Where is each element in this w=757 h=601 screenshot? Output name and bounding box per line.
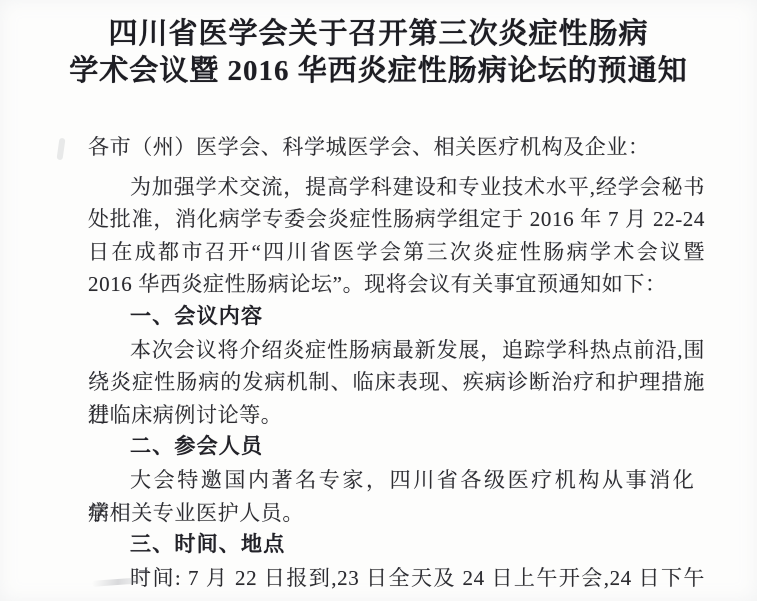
section-heading-1: 一、会议内容 — [88, 301, 705, 334]
paragraph-line: 大会特邀国内著名专家，四川省各级医疗机构从事消化病 — [88, 464, 705, 497]
paragraph-line: 2016 华西炎症性肠病论坛”。现将会议有关事宜预通知如下： — [88, 268, 705, 301]
scan-smudge — [139, 570, 148, 573]
paragraph-line: 为加强学术交流，提高学科建设和专业技术水平,经学会秘书 — [88, 171, 705, 204]
document-title: 四川省医学会关于召开第三次炎症性肠病 学术会议暨 2016 华西炎症性肠病论坛的… — [0, 16, 757, 90]
paragraph-line: 学相关专业医护人员。 — [88, 497, 705, 530]
salutation-line: 各市（州）医学会、科学城医学会、相关医疗机构及企业： — [88, 131, 705, 164]
paragraph-line: 行临床病例讨论等。 — [88, 399, 705, 432]
title-line-2: 学术会议暨 2016 华西炎症性肠病论坛的预通知 — [0, 53, 757, 90]
section-heading-3: 三、时间、地点 — [88, 529, 705, 562]
scanned-document-page: 四川省医学会关于召开第三次炎症性肠病 学术会议暨 2016 华西炎症性肠病论坛的… — [0, 0, 757, 601]
title-line-1: 四川省医学会关于召开第三次炎症性肠病 — [0, 16, 757, 53]
document-body: 各市（州）医学会、科学城医学会、相关医疗机构及企业： 为加强学术交流，提高学科建… — [0, 131, 757, 594]
paragraph-line: 绕炎症性肠病的发病机制、临床表现、疾病诊断治疗和护理措施进 — [88, 366, 705, 399]
paragraph-line: 日在成都市召开“四川省医学会第三次炎症性肠病学术会议暨 — [88, 236, 705, 269]
paragraph-line: 本次会议将介绍炎症性肠病最新发展，追踪学科热点前沿,围 — [88, 334, 705, 367]
paragraph-line: 时间: 7 月 22 日报到,23 日全天及 24 日上午开会,24 日下午 — [88, 562, 705, 595]
paragraph-line: 处批准，消化病学专委会炎症性肠病学组定于 2016 年 7 月 22-24 — [88, 203, 705, 236]
section-heading-2: 二、参会人员 — [88, 431, 705, 464]
